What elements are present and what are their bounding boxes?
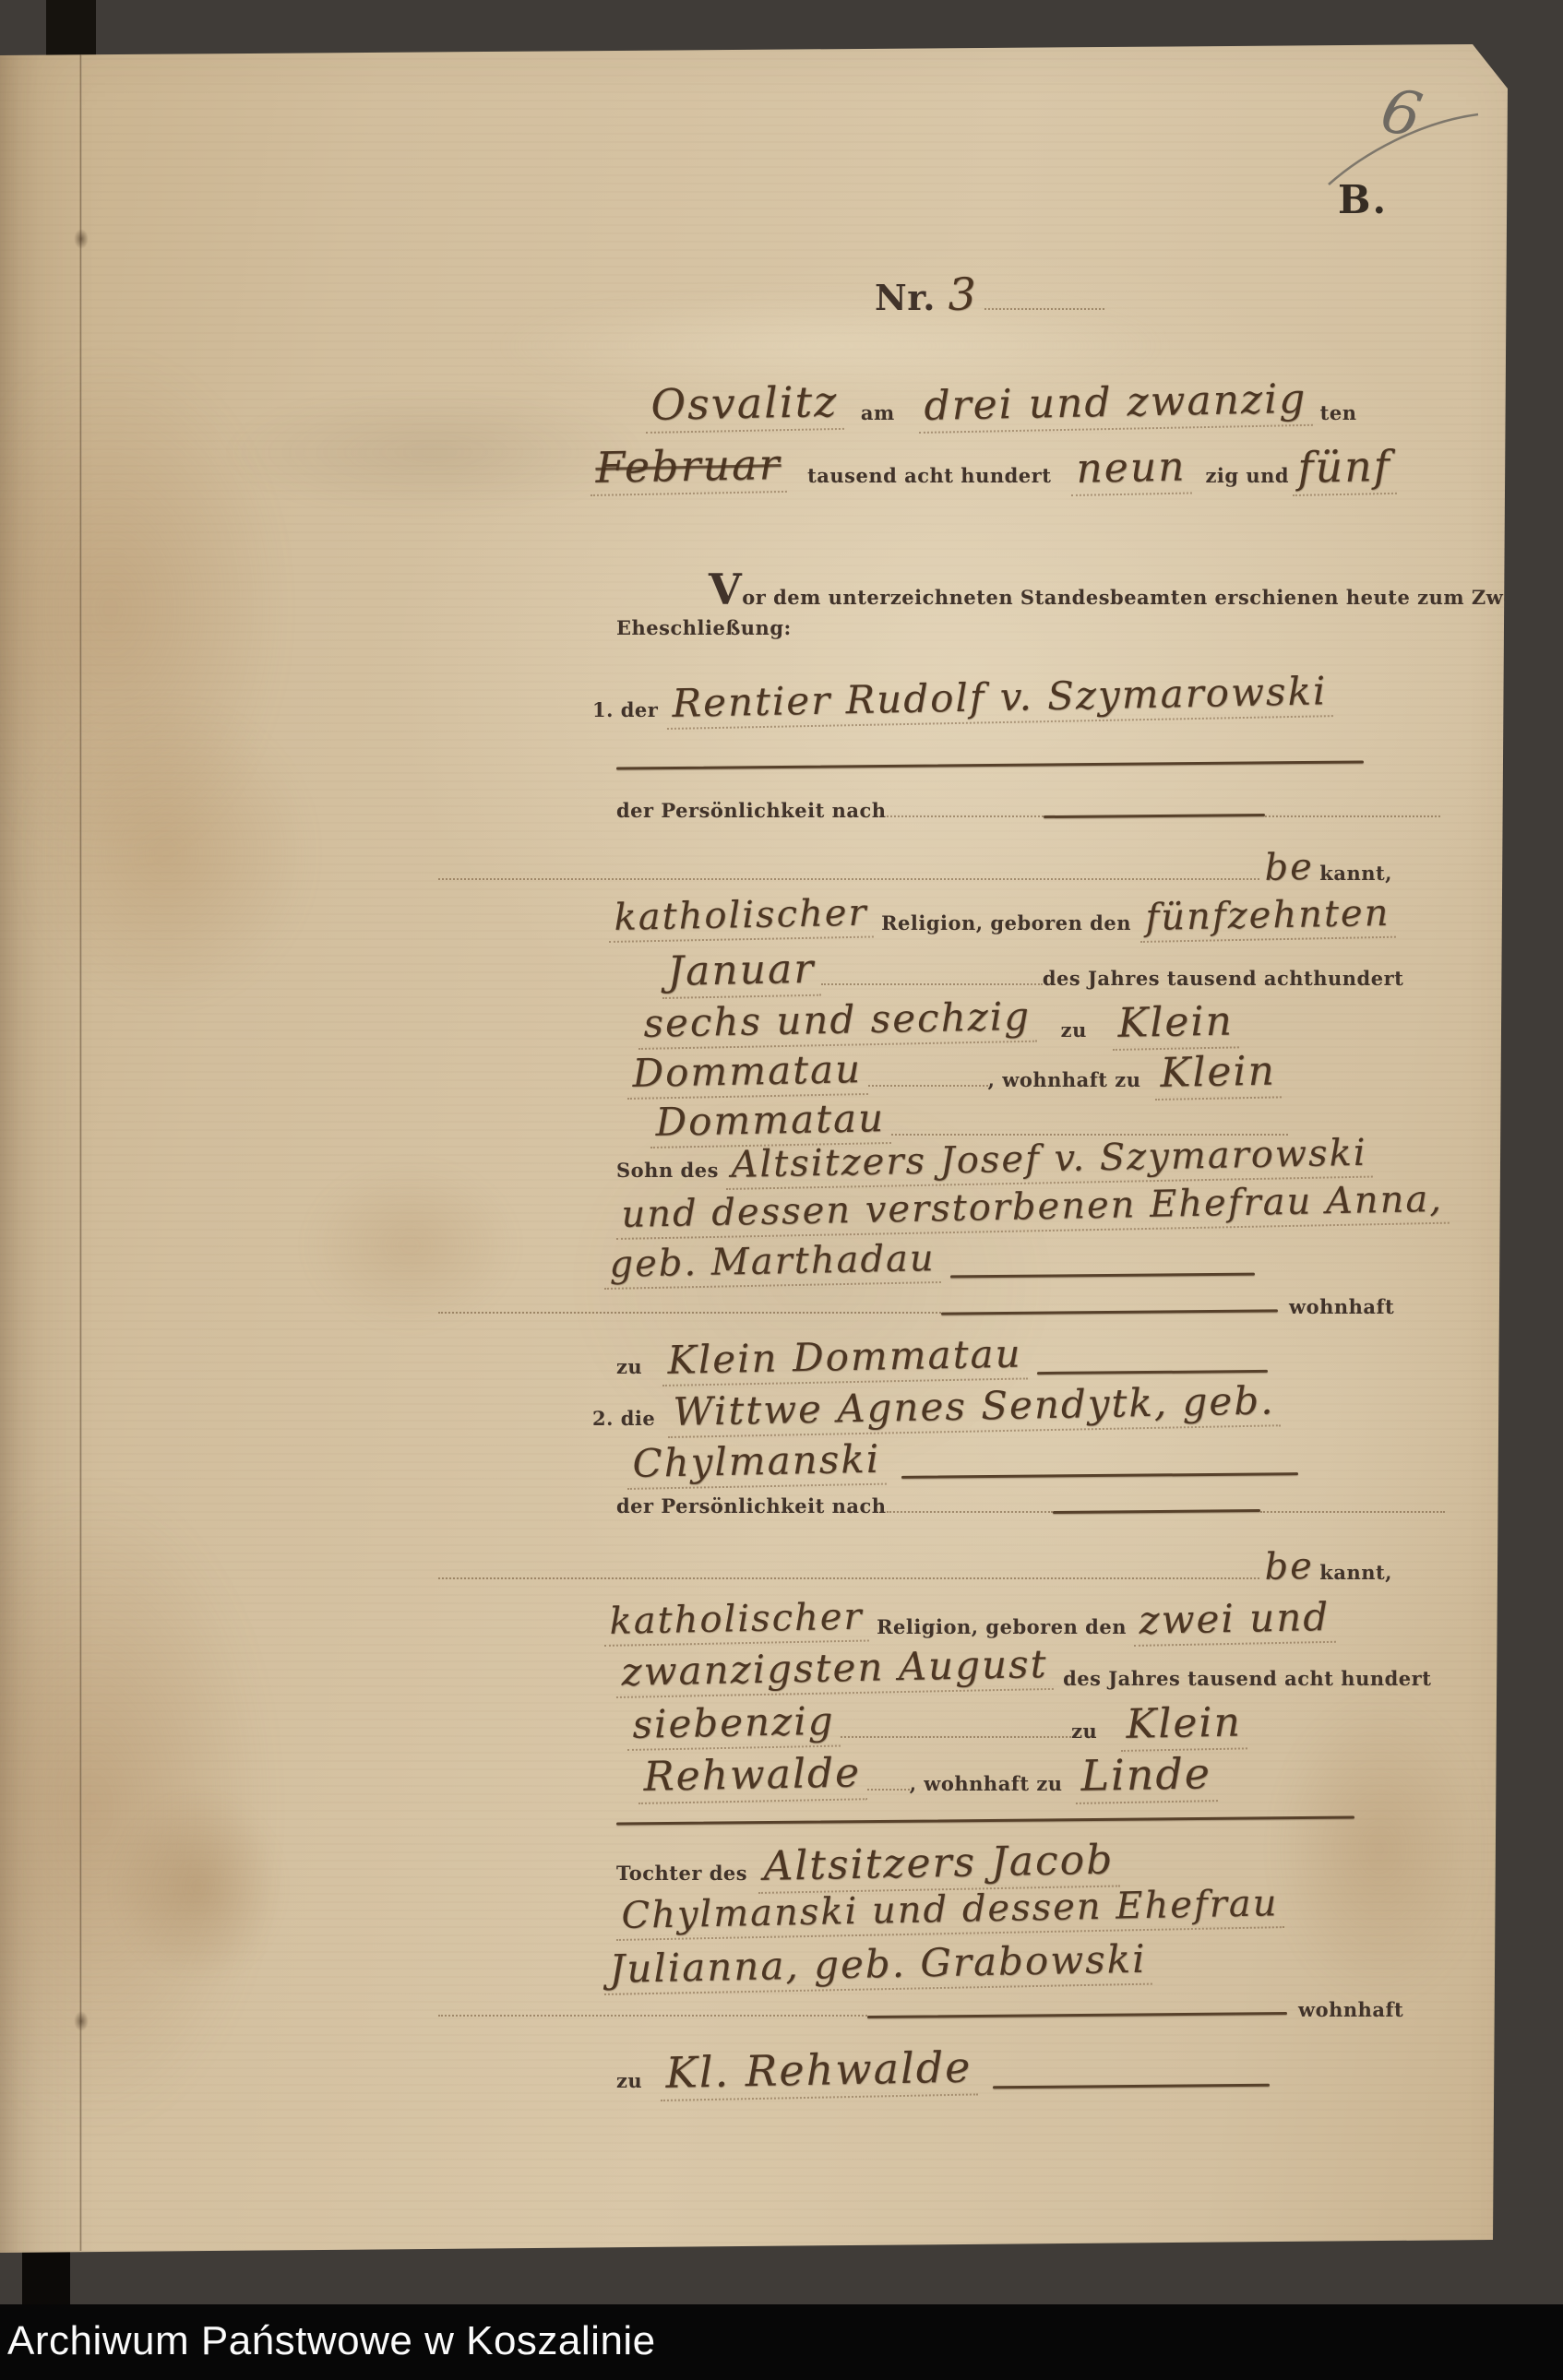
form-line: 1. derRentier Rudolf v. Szymarowski bbox=[592, 681, 1333, 730]
handwritten-dash bbox=[616, 1816, 1354, 1826]
handwritten-entry: Januar bbox=[662, 946, 821, 999]
handwritten-entry: katholischer bbox=[608, 891, 874, 943]
printed-form-text: des Jahres tausend acht hundert bbox=[1063, 1667, 1431, 1690]
handwritten-entry: be bbox=[1259, 846, 1319, 891]
form-line: 2. dieWittwe Agnes Sendytk, geb. bbox=[592, 1389, 1281, 1438]
register-page: 6 B. Nr.3Osvalitzamdrei und zwanzigtenFe… bbox=[0, 0, 1563, 2380]
form-line: bekannt, bbox=[438, 1546, 1392, 1590]
printed-form-text: zu bbox=[616, 2069, 642, 2092]
handwritten-entry: Kl. Rehwalde bbox=[660, 2041, 978, 2101]
handwritten-entry: sechs und sechzig bbox=[638, 994, 1037, 1050]
handwritten-dash bbox=[1037, 1370, 1268, 1374]
printed-form-text: kannt, bbox=[1319, 1561, 1392, 1584]
dotted-leader-line bbox=[438, 1312, 941, 1314]
printed-form-text: wohnhaft bbox=[1289, 1295, 1394, 1318]
dotted-leader-line bbox=[887, 815, 1044, 817]
printed-form-text: , wohnhaft zu bbox=[910, 1772, 1063, 1795]
printed-form-text: tausend acht hundert bbox=[807, 464, 1051, 487]
handwritten-entry: zwanzigsten August bbox=[615, 1641, 1054, 1698]
printed-form-text: zu bbox=[1071, 1720, 1097, 1743]
crease-pinch bbox=[74, 2011, 89, 2031]
form-line: katholischerReligion, geboren denfünfzeh… bbox=[609, 897, 1396, 943]
document-scan: 6 B. Nr.3Osvalitzamdrei und zwanzigtenFe… bbox=[0, 0, 1563, 2380]
form-line bbox=[616, 764, 1364, 775]
handwritten-entry: be bbox=[1259, 1545, 1319, 1590]
form-line: siebenzigzuKlein bbox=[627, 1701, 1248, 1752]
printed-form-text: ten bbox=[1320, 401, 1357, 424]
printed-form-text: , wohnhaft zu bbox=[988, 1068, 1141, 1091]
form-line: wohnhaft bbox=[438, 1295, 1394, 1322]
printed-form-text: am bbox=[861, 401, 895, 424]
handwritten-entry: fünf bbox=[1292, 441, 1397, 496]
paper-stain bbox=[111, 1790, 286, 1983]
form-line: Chylmanski und dessen Ehefrau bbox=[616, 1895, 1284, 1941]
form-line: Chylmanski bbox=[627, 1441, 1298, 1490]
form-line: der Persönlichkeit nach bbox=[616, 1494, 1445, 1521]
form-line: wohnhaft bbox=[438, 1998, 1403, 2025]
page-fold-crease bbox=[79, 54, 82, 2251]
dotted-leader-line bbox=[438, 878, 1259, 880]
handwritten-entry: Klein bbox=[1120, 1698, 1247, 1752]
dotted-leader-line bbox=[1265, 815, 1440, 817]
crease-pinch bbox=[74, 229, 89, 249]
dotted-leader-line bbox=[887, 1511, 1053, 1513]
printed-form-text: wohnhaft bbox=[1298, 1998, 1403, 2021]
form-line: Eheschließung: bbox=[616, 616, 792, 639]
section-letter: B. bbox=[1338, 177, 1388, 222]
handwritten-entry: Julianna, geb. Grabowski bbox=[603, 1936, 1152, 1995]
dotted-leader-line bbox=[868, 1085, 988, 1087]
printed-form-text: der Persönlichkeit nach bbox=[616, 799, 887, 822]
dotted-leader-line bbox=[438, 2015, 867, 2017]
handwritten-entry: zwei und bbox=[1133, 1594, 1336, 1647]
printed-form-text: Sohn des bbox=[616, 1159, 719, 1182]
archive-name: Archiwum Państwowe w Koszalinie bbox=[7, 2304, 656, 2380]
form-line: katholischerReligion, geboren denzwei un… bbox=[604, 1598, 1336, 1647]
book-spine-edge-top bbox=[46, 0, 96, 59]
dotted-leader-line bbox=[984, 308, 1104, 310]
dotted-leader-line bbox=[438, 1577, 1259, 1579]
paper-stain bbox=[0, 351, 286, 867]
printed-form-text: or dem unterzeichneten Standesbeamten er… bbox=[742, 586, 1563, 609]
handwritten-entry: Rehwalde bbox=[638, 1749, 867, 1804]
handwritten-entry: drei und zwanzig bbox=[918, 375, 1313, 434]
printed-form-text: zig und bbox=[1205, 464, 1289, 487]
handwritten-entry: katholischer bbox=[603, 1595, 869, 1647]
dotted-leader-line bbox=[1260, 1511, 1445, 1513]
paper-stain bbox=[0, 1476, 277, 2140]
handwritten-entry: siebenzig bbox=[626, 1698, 841, 1751]
paper-stain bbox=[18, 701, 314, 1006]
handwritten-entry: fünfzehnten bbox=[1139, 892, 1396, 943]
printed-form-text: Religion, geboren den bbox=[877, 1615, 1127, 1638]
printed-form-text: kannt, bbox=[1319, 862, 1392, 885]
handwritten-dash bbox=[1044, 814, 1265, 818]
printed-form-text: der Persönlichkeit nach bbox=[616, 1494, 887, 1517]
form-line: sechs und sechzigzuKlein bbox=[638, 1000, 1239, 1051]
handwritten-dash bbox=[993, 2084, 1270, 2089]
printed-form-text: zu bbox=[1061, 1018, 1087, 1041]
printed-form-text: 1. der bbox=[592, 698, 658, 721]
form-line: zwanzigsten Augustdes Jahres tausend ach… bbox=[616, 1649, 1431, 1698]
handwritten-entry: Klein Dommatau bbox=[662, 1330, 1028, 1386]
handwritten-entry: Dommatau bbox=[626, 1046, 868, 1100]
handwritten-dash bbox=[950, 1273, 1255, 1279]
dotted-leader-line bbox=[821, 983, 1043, 985]
handwritten-entry: Klein bbox=[1112, 997, 1239, 1051]
handwritten-dash bbox=[616, 760, 1364, 769]
handwritten-entry: Osvalitz bbox=[645, 376, 844, 434]
printed-form-text: 2. die bbox=[592, 1407, 655, 1430]
handwritten-dash bbox=[901, 1472, 1298, 1479]
printed-form-text: Tochter des bbox=[616, 1862, 747, 1885]
form-line: bekannt, bbox=[438, 847, 1392, 891]
form-line: der Persönlichkeit nach bbox=[616, 799, 1440, 826]
form-line bbox=[616, 1819, 1354, 1830]
printed-form-text: des Jahres tausend achthundert bbox=[1043, 967, 1404, 990]
printed-form-text: Religion, geboren den bbox=[881, 911, 1131, 934]
handwritten-entry: Februar bbox=[590, 439, 787, 496]
handwritten-entry: 3 bbox=[942, 268, 984, 323]
handwritten-dash bbox=[867, 2012, 1287, 2018]
dotted-leader-line bbox=[841, 1736, 1071, 1738]
form-line: Februartausend acht hundertneunzig undfü… bbox=[591, 443, 1397, 496]
handwritten-entry: Linde bbox=[1074, 1748, 1217, 1804]
form-line: Januardes Jahres tausend achthundert bbox=[662, 948, 1403, 999]
printed-form-text: Nr. bbox=[875, 277, 936, 318]
archive-watermark-bar: Archiwum Państwowe w Koszalinie bbox=[0, 2304, 1563, 2380]
handwritten-dash bbox=[1053, 1509, 1260, 1514]
form-line: Nr.3 bbox=[875, 269, 1104, 323]
form-line: Rehwalde, wohnhaft zuLinde bbox=[638, 1751, 1217, 1804]
form-line: Osvalitzamdrei und zwanzigten bbox=[646, 380, 1357, 434]
form-line: Dommatau, wohnhaft zuKlein bbox=[627, 1050, 1283, 1101]
form-line: Vor dem unterzeichneten Standesbeamten e… bbox=[709, 565, 1563, 614]
handwritten-entry: Wittwe Agnes Sendytk, geb. bbox=[667, 1377, 1281, 1438]
handwritten-entry: neun bbox=[1070, 443, 1192, 496]
paper-stain bbox=[1273, 1697, 1485, 2002]
handwritten-dash bbox=[941, 1309, 1278, 1315]
dotted-leader-line bbox=[867, 1789, 910, 1791]
printed-form-text: Eheschließung: bbox=[616, 616, 792, 639]
handwritten-entry: Rentier Rudolf v. Szymarowski bbox=[666, 668, 1333, 730]
handwritten-entry: Chylmanski bbox=[626, 1436, 887, 1490]
form-line: Julianna, geb. Grabowski bbox=[604, 1946, 1152, 1995]
form-line: und dessen verstorbenen Ehefrau Anna, bbox=[616, 1194, 1450, 1240]
ink-bleedthrough bbox=[221, 387, 646, 517]
handwritten-entry: geb. Marthadau bbox=[603, 1237, 941, 1290]
form-line: geb. Marthadau bbox=[604, 1244, 1255, 1290]
form-line: zuKl. Rehwalde bbox=[616, 2048, 1270, 2101]
printed-form-text: V bbox=[709, 565, 742, 614]
printed-form-text: zu bbox=[616, 1355, 642, 1378]
handwritten-entry: Klein bbox=[1154, 1047, 1282, 1101]
handwritten-entry: Altsitzers Jacob bbox=[758, 1836, 1120, 1894]
